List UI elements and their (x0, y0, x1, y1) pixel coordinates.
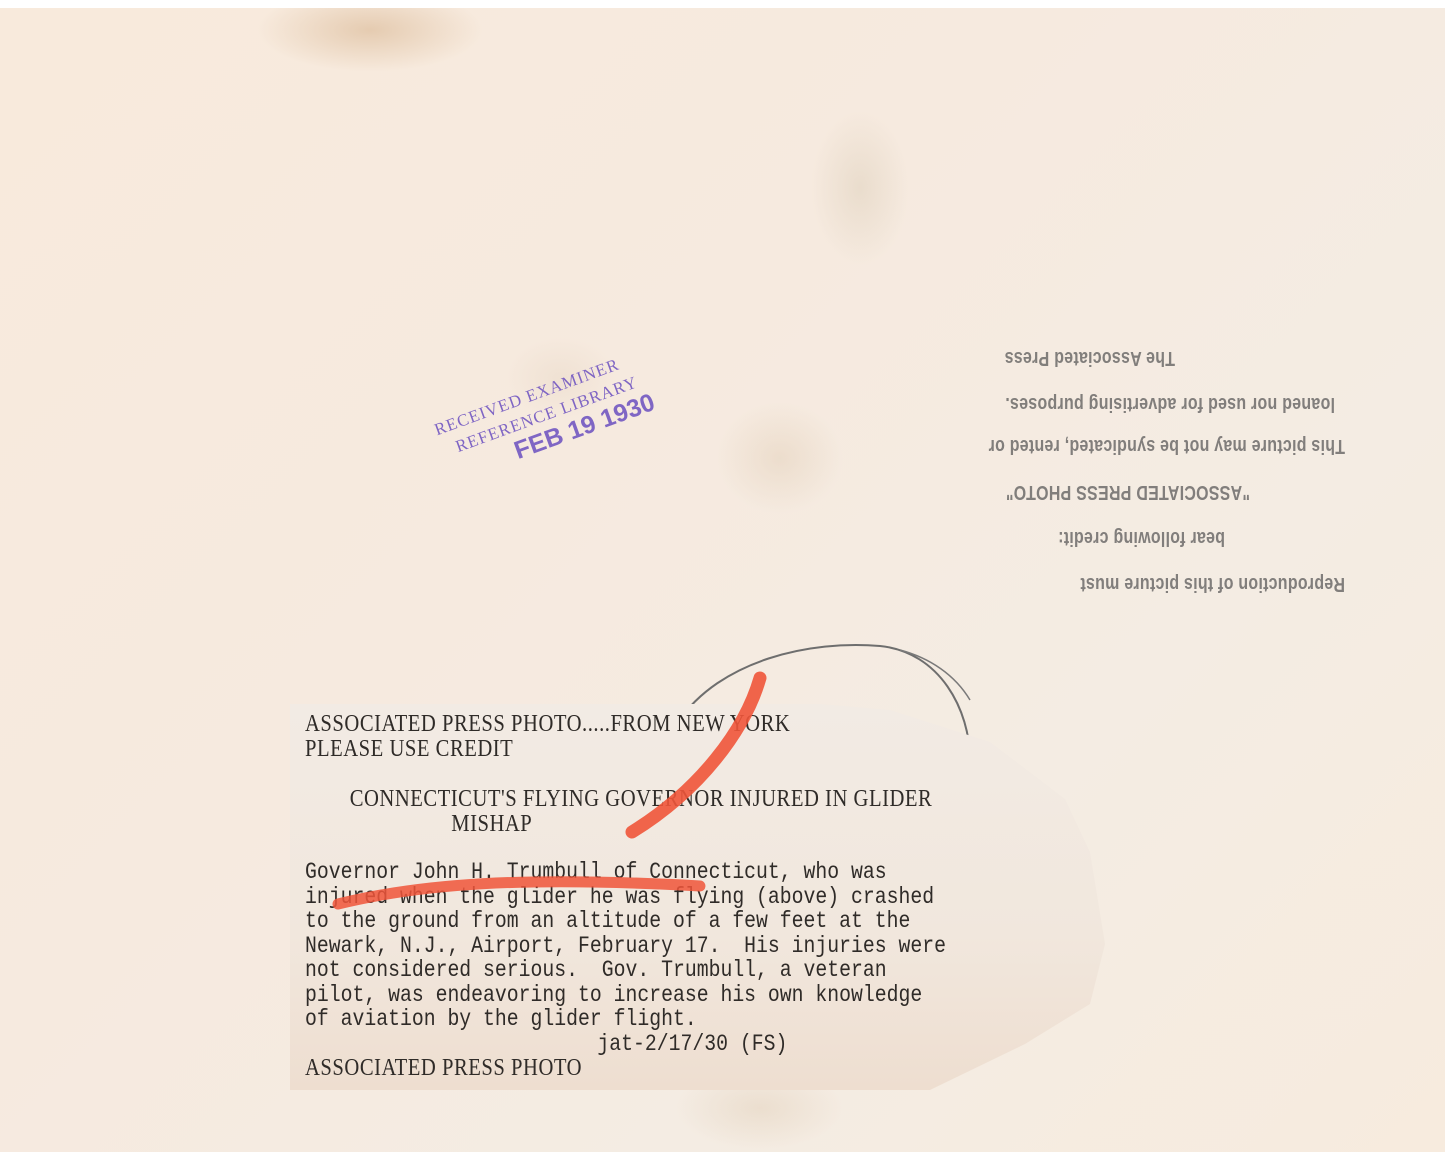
ap-stamp-line: The Associated Press (1004, 346, 1175, 369)
caption-headline: CONNECTICUT'S FLYING GOVERNOR INJURED IN… (305, 787, 993, 812)
ap-stamp-line: This picture may not be syndicated, rent… (988, 434, 1345, 457)
ap-credit-stamp-upside-down: Reproduction of this picture must bear f… (825, 345, 1345, 595)
caption-header: ASSOCIATED PRESS PHOTO.....FROM NEW YORK (305, 712, 993, 737)
caption-body-line: Newark, N.J., Airport, February 17. His … (305, 934, 993, 959)
ap-stamp-line: loaned nor used for advertising purposes… (1005, 392, 1335, 415)
caption-headline-cont: MISHAP (305, 812, 993, 837)
ap-stamp-line: "ASSOCIATED PRESS PHOTO" (1006, 480, 1250, 503)
caption-credit: PLEASE USE CREDIT (305, 737, 993, 762)
caption-text: ASSOCIATED PRESS PHOTO.....FROM NEW YORK… (305, 712, 1105, 1081)
caption-footer: ASSOCIATED PRESS PHOTO (305, 1056, 993, 1081)
ap-stamp-line: bear following credit: (1058, 526, 1225, 549)
caption-dateline: jat-2/17/30 (FS) (305, 1032, 993, 1057)
ap-stamp-line: Reproduction of this picture must (1080, 572, 1345, 595)
caption-body-line: not considered serious. Gov. Trumbull, a… (305, 958, 993, 983)
caption-body-line: Governor John H. Trumbull of Connecticut… (305, 860, 993, 885)
caption-body-line: of aviation by the glider flight. (305, 1007, 993, 1032)
caption-body-line: pilot, was endeavoring to increase his o… (305, 983, 993, 1008)
caption-body-line: to the ground from an altitude of a few … (305, 909, 993, 934)
caption-body-line: injured when the glider he was flying (a… (305, 885, 993, 910)
